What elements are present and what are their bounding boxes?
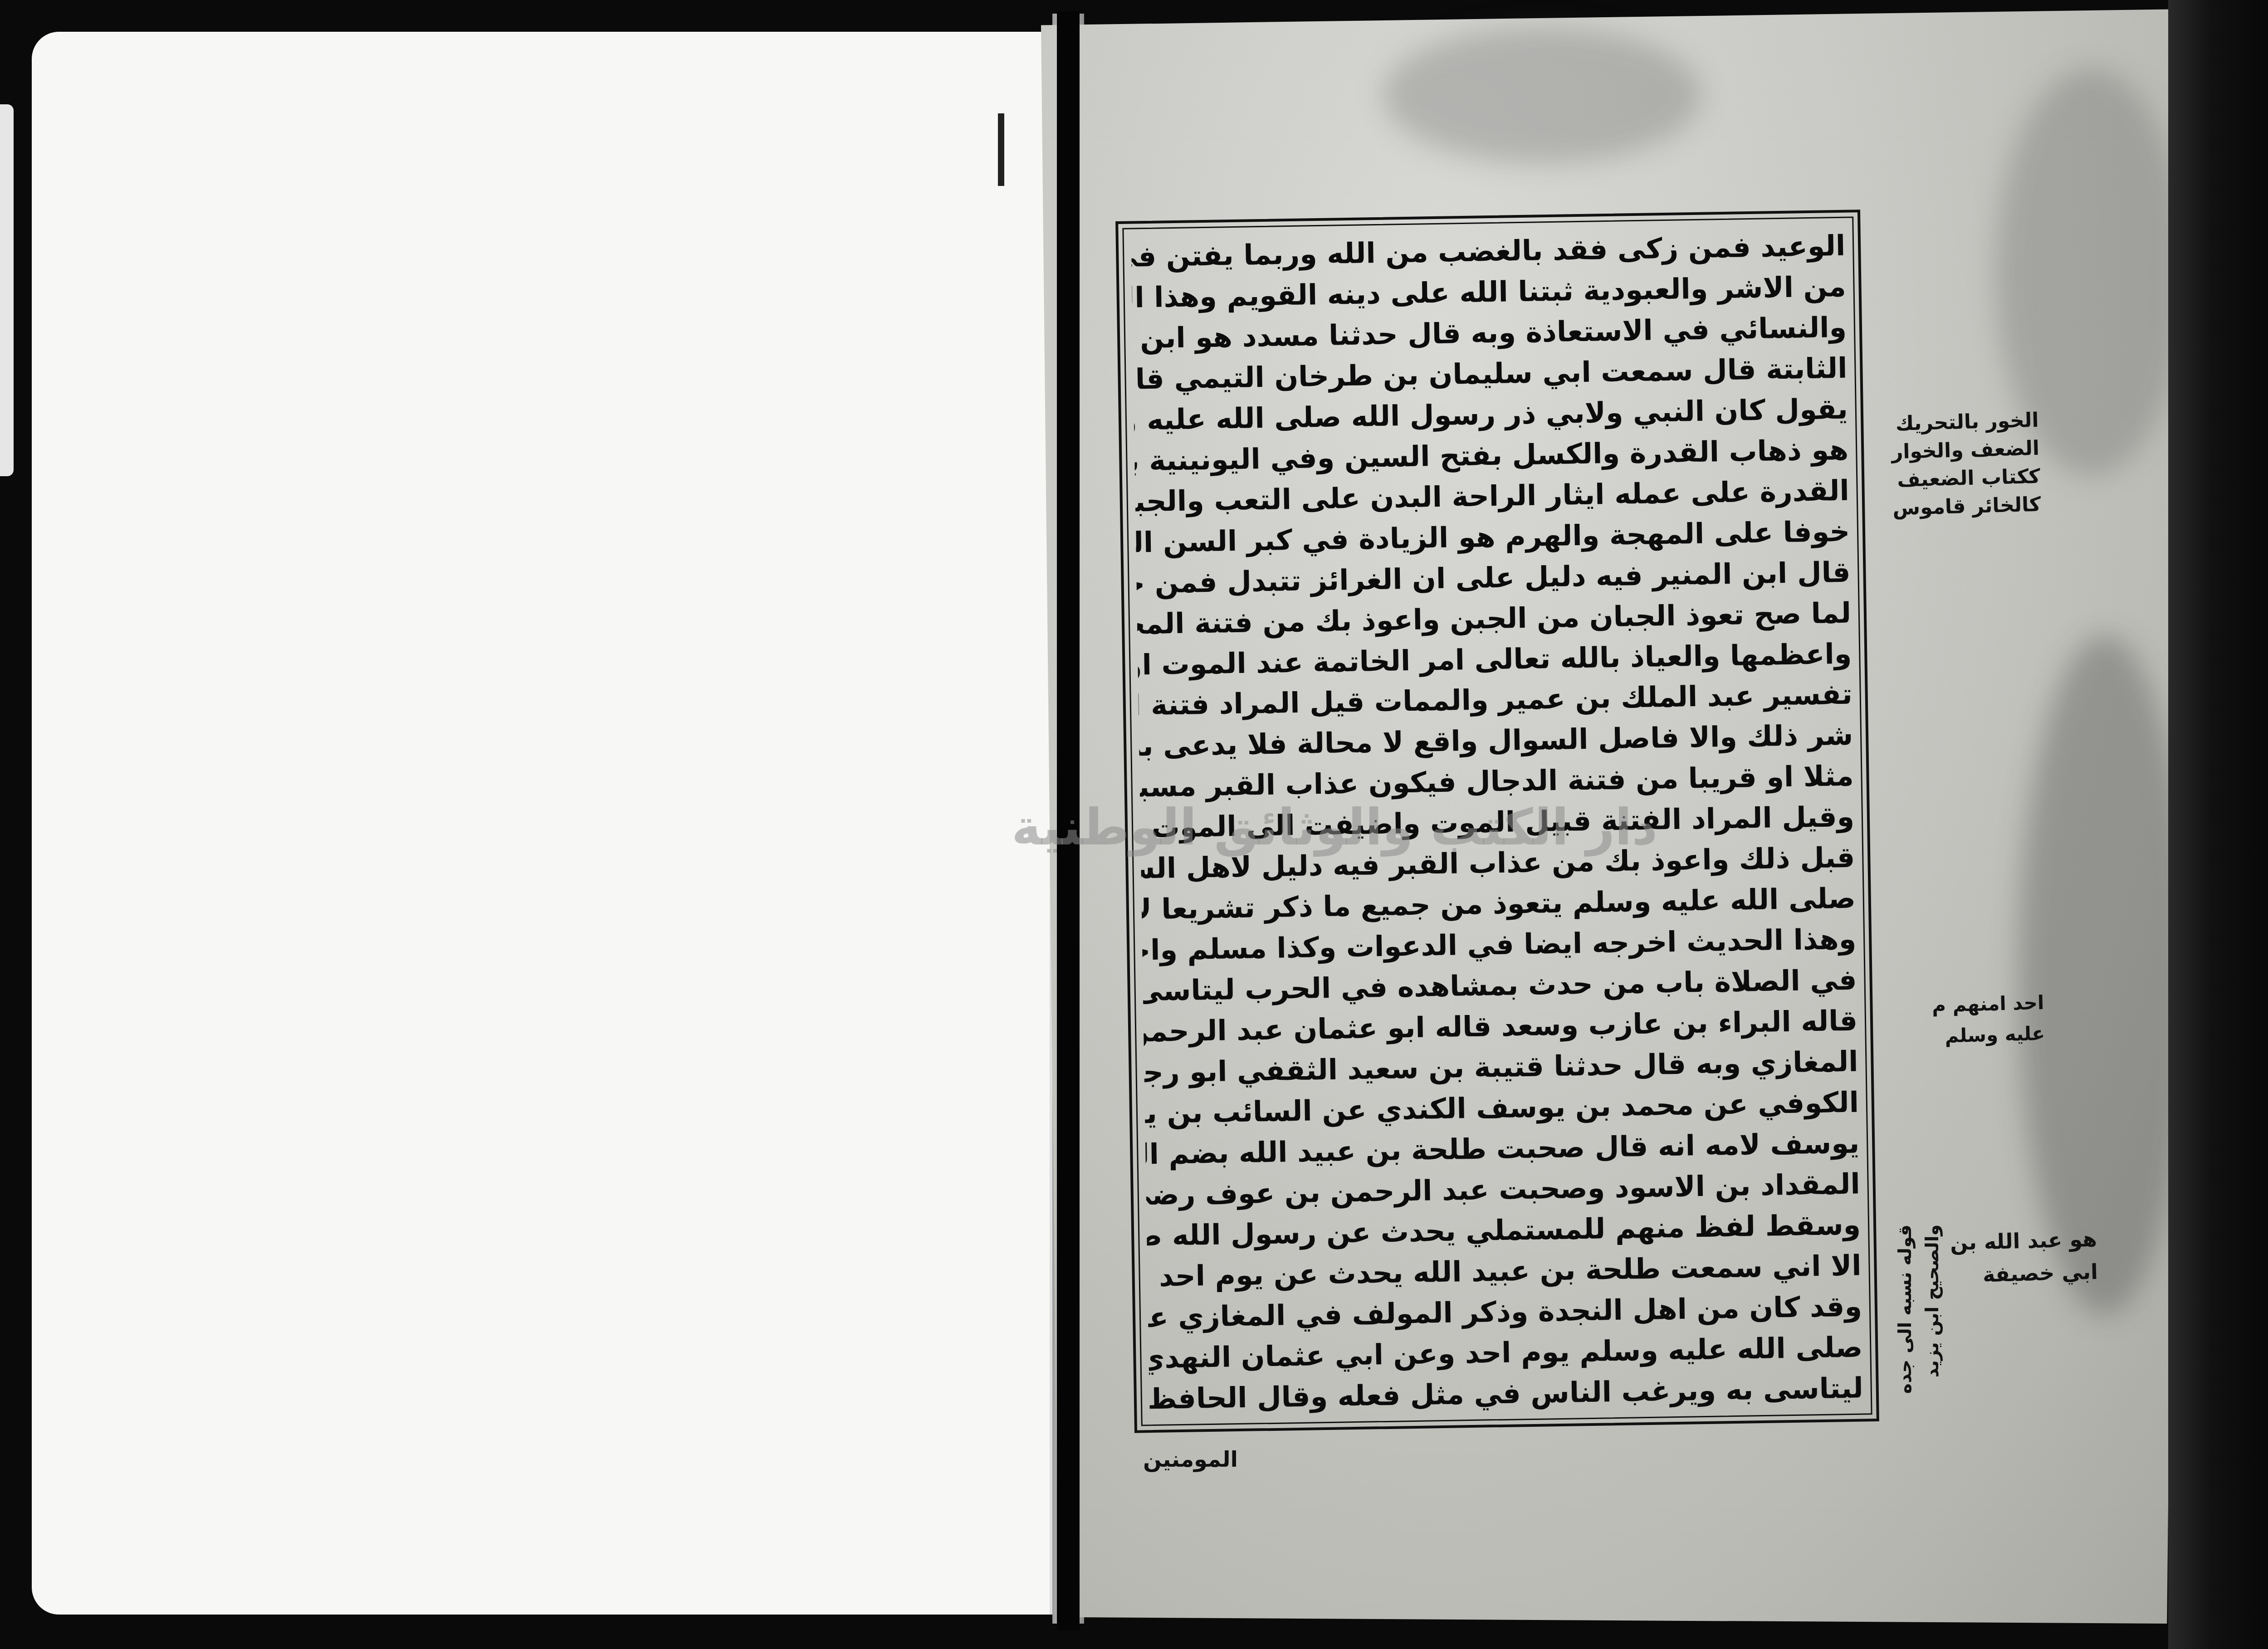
margin-note-line: كالخائر قاموس (1892, 491, 2041, 523)
text-line: ليتاسى به ويرغب الناس في مثل فعله وقال ا… (1149, 1368, 1863, 1418)
margin-note-vertical: قوله نسبه الى جده والصحيح ابن يزيد (1892, 1225, 1946, 1394)
margin-note-line: الضعف والخوار (1891, 434, 2039, 467)
margin-note-line: احد امنهم م (1931, 987, 2044, 1021)
margin-note-line: الخور بالتحريك (1890, 406, 2039, 439)
margin-note-gloss: الخور بالتحريك الضعف والخوار ككتاب الضعي… (1890, 406, 2041, 522)
margin-note-line: قوله نسبه الى جده (1892, 1225, 1919, 1394)
margin-note-line: ابي خصيفة (1950, 1255, 2098, 1292)
library-watermark: دار الكتب والوثائق الوطنية (1012, 798, 1657, 856)
margin-note-line: ككتاب الضعيف (1892, 463, 2040, 495)
water-stain (1383, 27, 1701, 163)
margin-note-line: عليه وسلم (1932, 1018, 2045, 1052)
page-edge-shadow (2168, 0, 2268, 1649)
catchword: المومنين (1143, 1447, 1238, 1472)
left-edge-tab (0, 104, 14, 476)
margin-note-name: هو عبد الله بن ابي خصيفة (1950, 1223, 2098, 1292)
water-stain (2019, 635, 2191, 1315)
margin-note-line: هو عبد الله بن (1950, 1223, 2097, 1259)
margin-note-correction: احد امنهم م عليه وسلم (1931, 987, 2045, 1052)
margin-note-line: والصحيح ابن يزيد (1919, 1225, 1946, 1394)
folio-edge-mark (998, 113, 1004, 186)
left-blank-page (32, 32, 1052, 1615)
